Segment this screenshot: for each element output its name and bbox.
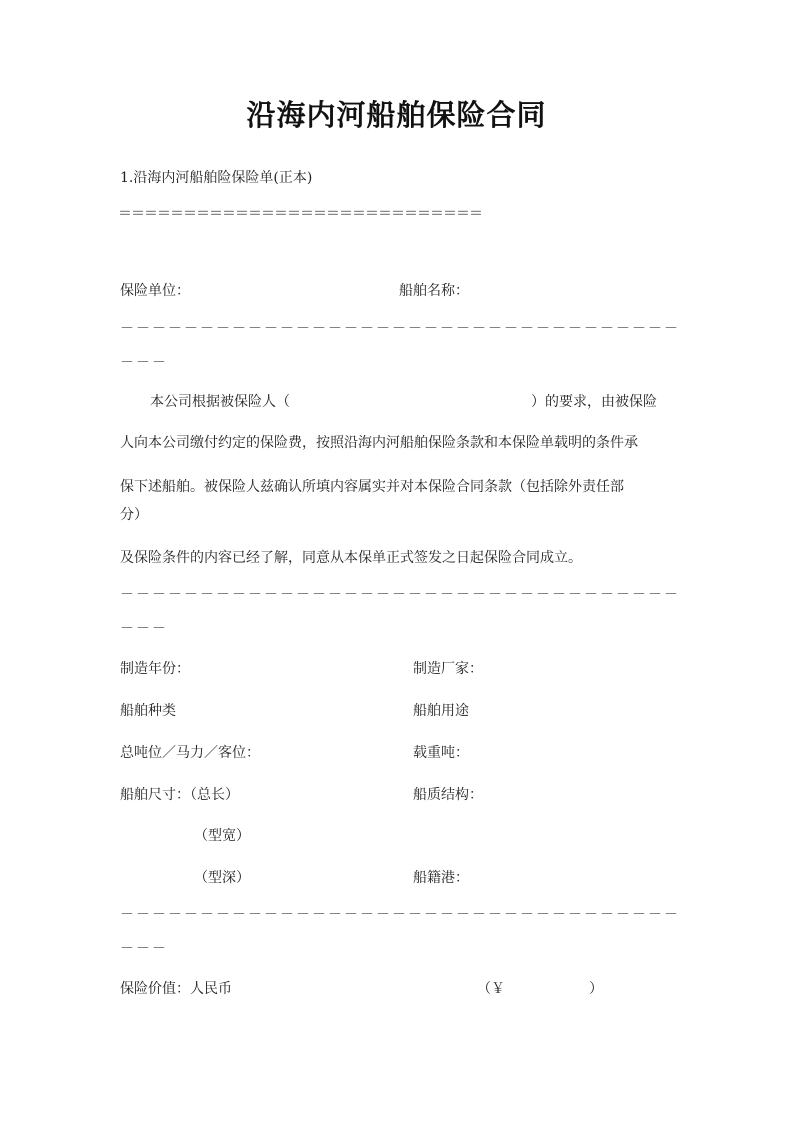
insured-value-amount-open: （￥ <box>477 978 505 998</box>
dimensions-label: 船舶尺寸：（总长） <box>120 784 239 804</box>
statement-line3-wrap: 分） <box>120 504 148 524</box>
insured-value-label: 保险价值：人民币 <box>120 978 232 998</box>
vessel-type-label: 船舶种类 <box>120 700 176 720</box>
document-page: 沿海内河船舶保险合同 1.沿海内河船舶险保险单(正本) ＝＝＝＝＝＝＝＝＝＝＝＝… <box>0 0 793 1122</box>
dash-separator-1: －－－－－－－－－－－－－－－－－－－－－－－－－－－－－－－－－－－－－－ <box>120 312 680 380</box>
dash-separator-2: －－－－－－－－－－－－－－－－－－－－－－－－－－－－－－－－－－－－－－ <box>120 578 680 646</box>
tonnage-label: 总吨位／马力／客位： <box>120 742 260 762</box>
statement-line4: 及保险条件的内容已经了解，同意从本保单正式签发之日起保险合同成立。 <box>120 547 582 567</box>
double-line-separator: ＝＝＝＝＝＝＝＝＝＝＝＝＝＝＝＝＝＝＝＝＝＝＝＝＝＝＝＝ <box>118 198 678 230</box>
deadweight-label: 载重吨： <box>413 742 469 762</box>
statement-line1-right: ）的要求，由被保险 <box>531 391 657 411</box>
dash-separator-3: －－－－－－－－－－－－－－－－－－－－－－－－－－－－－－－－－－－－－－ <box>120 898 680 966</box>
section-heading: 1.沿海内河船舶险保险单(正本) <box>120 167 312 187</box>
statement-line1-left: 本公司根据被保险人（ <box>150 391 290 411</box>
manufacturer-label: 制造厂家： <box>413 658 483 678</box>
port-of-registry-label: 船籍港： <box>413 867 469 887</box>
document-title: 沿海内河船舶保险合同 <box>0 93 793 134</box>
hull-material-label: 船质结构： <box>413 784 483 804</box>
moulded-depth-label: （型深） <box>194 867 250 887</box>
vessel-use-label: 船舶用途 <box>413 700 469 720</box>
build-year-label: 制造年份： <box>120 658 190 678</box>
statement-line2: 人向本公司缴付约定的保险费，按照沿海内河船舶保险条款和本保险单载明的条件承 <box>120 432 638 452</box>
vessel-name-label: 船舶名称： <box>399 280 469 300</box>
insured-value-amount-close: ） <box>589 978 603 998</box>
statement-line3: 保下述船舶。被保险人兹确认所填内容属实并对本保险合同条款（包括除外责任部 <box>120 476 624 496</box>
insured-unit-label: 保险单位： <box>120 280 190 300</box>
moulded-breadth-label: （型宽） <box>194 825 250 845</box>
